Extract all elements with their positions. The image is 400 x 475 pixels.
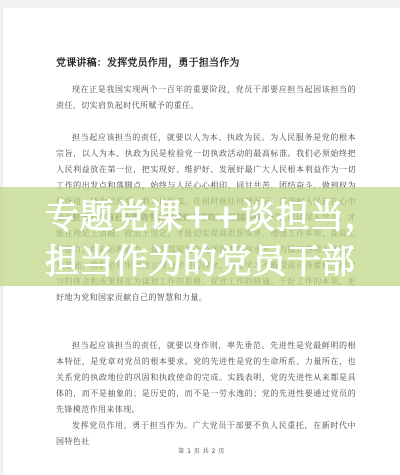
overlay-title-line-1: 专题党课++谈担当，做	[45, 195, 365, 240]
overlay-title-line-2: 担当作为的党员干部 党	[45, 240, 365, 285]
paragraph-4: 担当起应该担当的责任，就要以身作则，率先垂范。先进性是党最鲜明的根本特征，是党章…	[56, 338, 356, 418]
page-number-footer: 第 1 页 共 2 页	[3, 446, 400, 455]
document-title: 党课讲稿：发挥党员作用，勇于担当作为	[56, 54, 240, 69]
overlay-title: 专题党课++谈担当，做 担当作为的党员干部 党	[45, 195, 365, 285]
paragraph-1: 现在正是我国实现两个一百年的重要阶段，党员干部要应担当起因该担当的责任，切实肩负…	[56, 82, 356, 114]
